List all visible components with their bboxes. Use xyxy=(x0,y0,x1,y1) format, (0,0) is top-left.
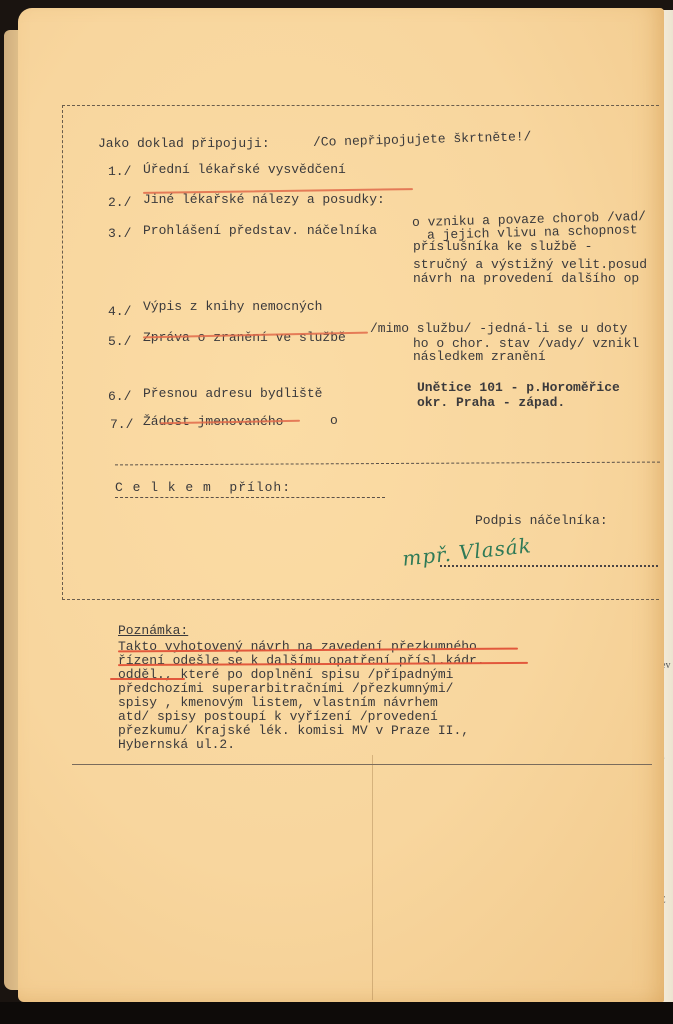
item-detail: příslušníka ke službě - xyxy=(413,240,592,254)
note-line: spisy , kmenovým listem, vlastním návrhe… xyxy=(118,696,438,710)
note-line: Hybernská ul.2. xyxy=(118,738,235,752)
item-residence-address: Přesnou adresu bydliště xyxy=(143,387,322,401)
item-number: 5./ xyxy=(108,335,131,349)
item-number: 3./ xyxy=(108,227,131,241)
intro-label: Jako doklad připojuji: xyxy=(98,137,270,151)
note-title: Poznámka: xyxy=(118,624,188,638)
note-line: přezkumu/ Krajské lék. komisi MV v Praze… xyxy=(118,724,469,738)
signature-label: Podpis náčelníka: xyxy=(475,514,608,528)
item-chief-statement: Prohlášení představ. náčelníka xyxy=(143,224,377,238)
note-line: předchozími superarbitračními /přezkumný… xyxy=(118,682,453,696)
red-underline xyxy=(110,678,185,680)
background-edge xyxy=(0,1002,673,1024)
item-detail: /mimo službu/ -jedná-li se u doty xyxy=(370,322,627,336)
item-number: 1./ xyxy=(108,165,131,179)
item-detail: návrh na provedení dalšího op xyxy=(413,272,639,286)
item-hospital-book-extract: Výpis z knihy nemocných xyxy=(143,300,322,314)
item-official-medical-certificate: Úřední lékařské vysvědčení xyxy=(143,163,346,177)
page-fold xyxy=(372,755,373,1000)
note-line: řízení odešle se k dalšímu opatření přís… xyxy=(118,654,485,668)
address-line: okr. Praha - západ. xyxy=(417,396,565,410)
total-underline xyxy=(115,497,385,498)
signature-dotted-line xyxy=(440,565,658,567)
item-number: 2./ xyxy=(108,196,131,210)
item-other-medical-findings: Jiné lékařské nálezy a posudky: xyxy=(143,193,385,207)
note-line: atd/ spisy postoupí k vyřízení /proveden… xyxy=(118,710,438,724)
total-attachments-label: C e l k e m příloh: xyxy=(115,481,291,495)
item-number: 4./ xyxy=(108,305,131,319)
item-detail: stručný a výstižný velit.posud xyxy=(413,258,647,272)
address-line: Unětice 101 - p.Horoměřice xyxy=(417,381,620,395)
item-number: 6./ xyxy=(108,390,131,404)
item-number: 7./ xyxy=(110,418,133,432)
note-bottom-line xyxy=(72,764,652,765)
item-detail: o xyxy=(330,414,338,428)
item-detail: následkem zranění xyxy=(413,350,546,364)
